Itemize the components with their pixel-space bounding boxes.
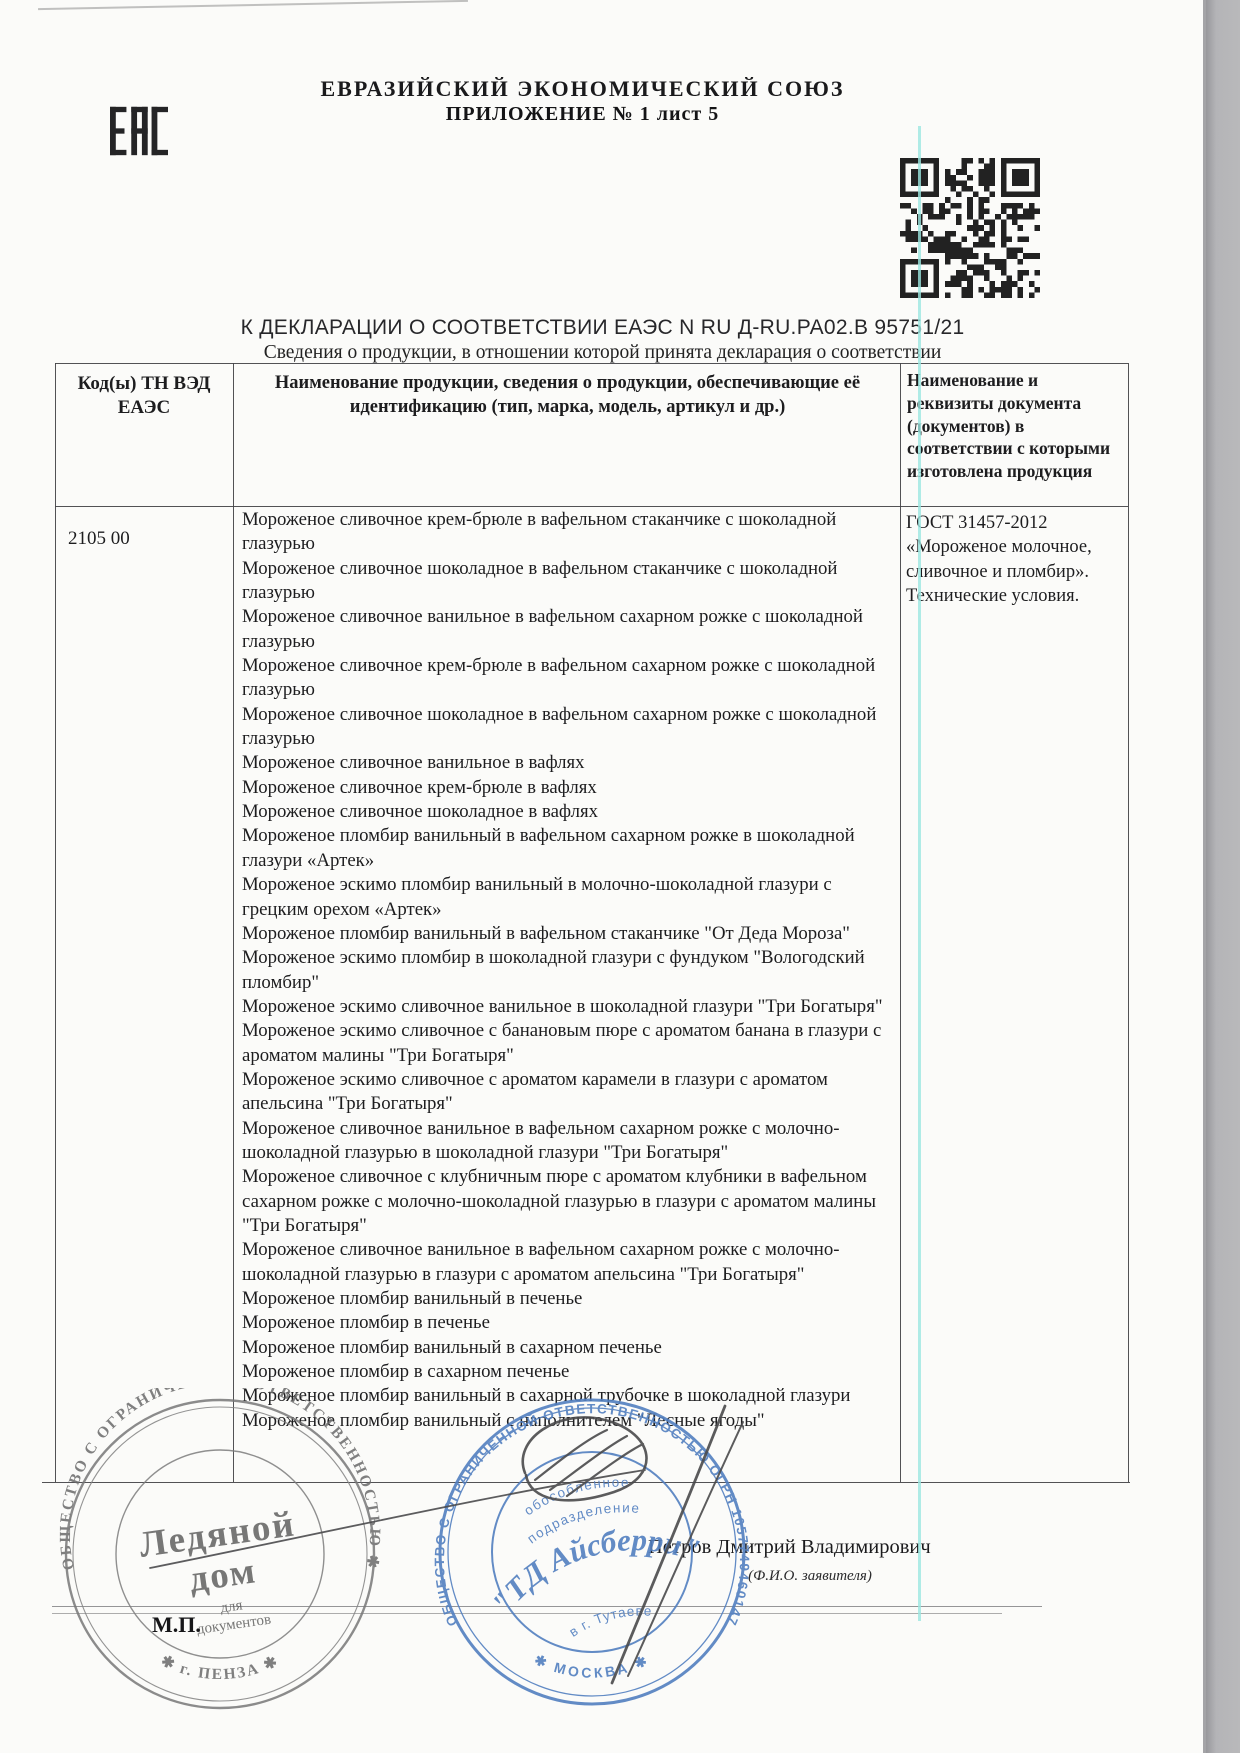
product-line: Мороженое сливочное шоколадное в вафельн…: [242, 557, 887, 606]
header-code-column: Код(ы) ТН ВЭД ЕАЭС: [57, 372, 231, 420]
header-product-column: Наименование продукции, сведения о проду…: [240, 372, 895, 419]
product-line: Мороженое пломбир в печенье: [242, 1311, 887, 1335]
product-list: Мороженое сливочное крем-брюле в вафельн…: [242, 508, 887, 1480]
product-line: Мороженое пломбир ванильный в вафельном …: [242, 922, 887, 946]
table-border-right: [1128, 363, 1129, 1482]
union-title: ЕВРАЗИЙСКИЙ ЭКОНОМИЧЕСКИЙ СОЮЗ: [250, 76, 915, 102]
product-line: Мороженое эскимо сливочное ванильное в ш…: [242, 995, 887, 1019]
declaration-number-title: К ДЕКЛАРАЦИИ О СООТВЕТСТВИИ ЕАЭС N RU Д-…: [95, 316, 1110, 340]
signature: [80, 1378, 880, 1708]
product-line: Мороженое сливочное крем-брюле в вафельн…: [242, 654, 887, 703]
table-header-divider: [55, 506, 1128, 507]
product-line: Мороженое сливочное ванильное в вафельно…: [242, 1238, 887, 1287]
scanned-declaration-page: ЕВРАЗИЙСКИЙ ЭКОНОМИЧЕСКИЙ СОЮЗ ПРИЛОЖЕНИ…: [0, 0, 1240, 1753]
paper-right-edge: [1203, 0, 1206, 1753]
product-line: Мороженое сливочное ванильное в вафельно…: [242, 1117, 887, 1166]
scan-artifact-line: [918, 126, 921, 1621]
product-line: Мороженое эскимо пломбир ванильный в мол…: [242, 873, 887, 922]
product-line: Мороженое пломбир ванильный в вафельном …: [242, 824, 887, 873]
product-line: Мороженое сливочное крем-брюле в вафельн…: [242, 508, 887, 557]
tnved-code: 2105 00: [68, 528, 130, 550]
product-line: Мороженое пломбир ванильный в печенье: [242, 1287, 887, 1311]
mp-seal-label: М.П.: [152, 1612, 201, 1638]
product-line: Мороженое сливочное ванильное в вафлях: [242, 751, 887, 775]
eac-logo: [110, 98, 168, 164]
table-divider-col2: [900, 363, 901, 1482]
gost-document: ГОСТ 31457-2012 «Мороженое молочное, сли…: [906, 511, 1122, 608]
paper-top-edge: [38, 0, 468, 10]
header-document-column: Наименование и реквизиты документа (доку…: [907, 369, 1123, 483]
product-line: Мороженое сливочное ванильное в вафельно…: [242, 605, 887, 654]
product-line: Мороженое эскимо сливочное с банановым п…: [242, 1019, 887, 1068]
appendix-line: ПРИЛОЖЕНИЕ № 1 лист 5: [250, 103, 915, 126]
qr-code: [900, 158, 1040, 298]
product-line: Мороженое сливочное с клубничным пюре с …: [242, 1165, 887, 1238]
scan-background-band: [1206, 0, 1240, 1753]
product-line: Мороженое сливочное шоколадное в вафельн…: [242, 703, 887, 752]
product-line: Мороженое эскимо пломбир в шоколадной гл…: [242, 946, 887, 995]
product-line: Мороженое сливочное шоколадное в вафлях: [242, 800, 887, 824]
table-border-left: [55, 363, 56, 1482]
product-line: Мороженое сливочное крем-брюле в вафлях: [242, 776, 887, 800]
table-divider-col1: [233, 363, 234, 1482]
product-line: Мороженое эскимо сливочное с ароматом ка…: [242, 1068, 887, 1117]
product-line: Мороженое пломбир ванильный в сахарном п…: [242, 1336, 887, 1360]
declaration-subtitle: Сведения о продукции, в отношении которо…: [95, 342, 1110, 364]
